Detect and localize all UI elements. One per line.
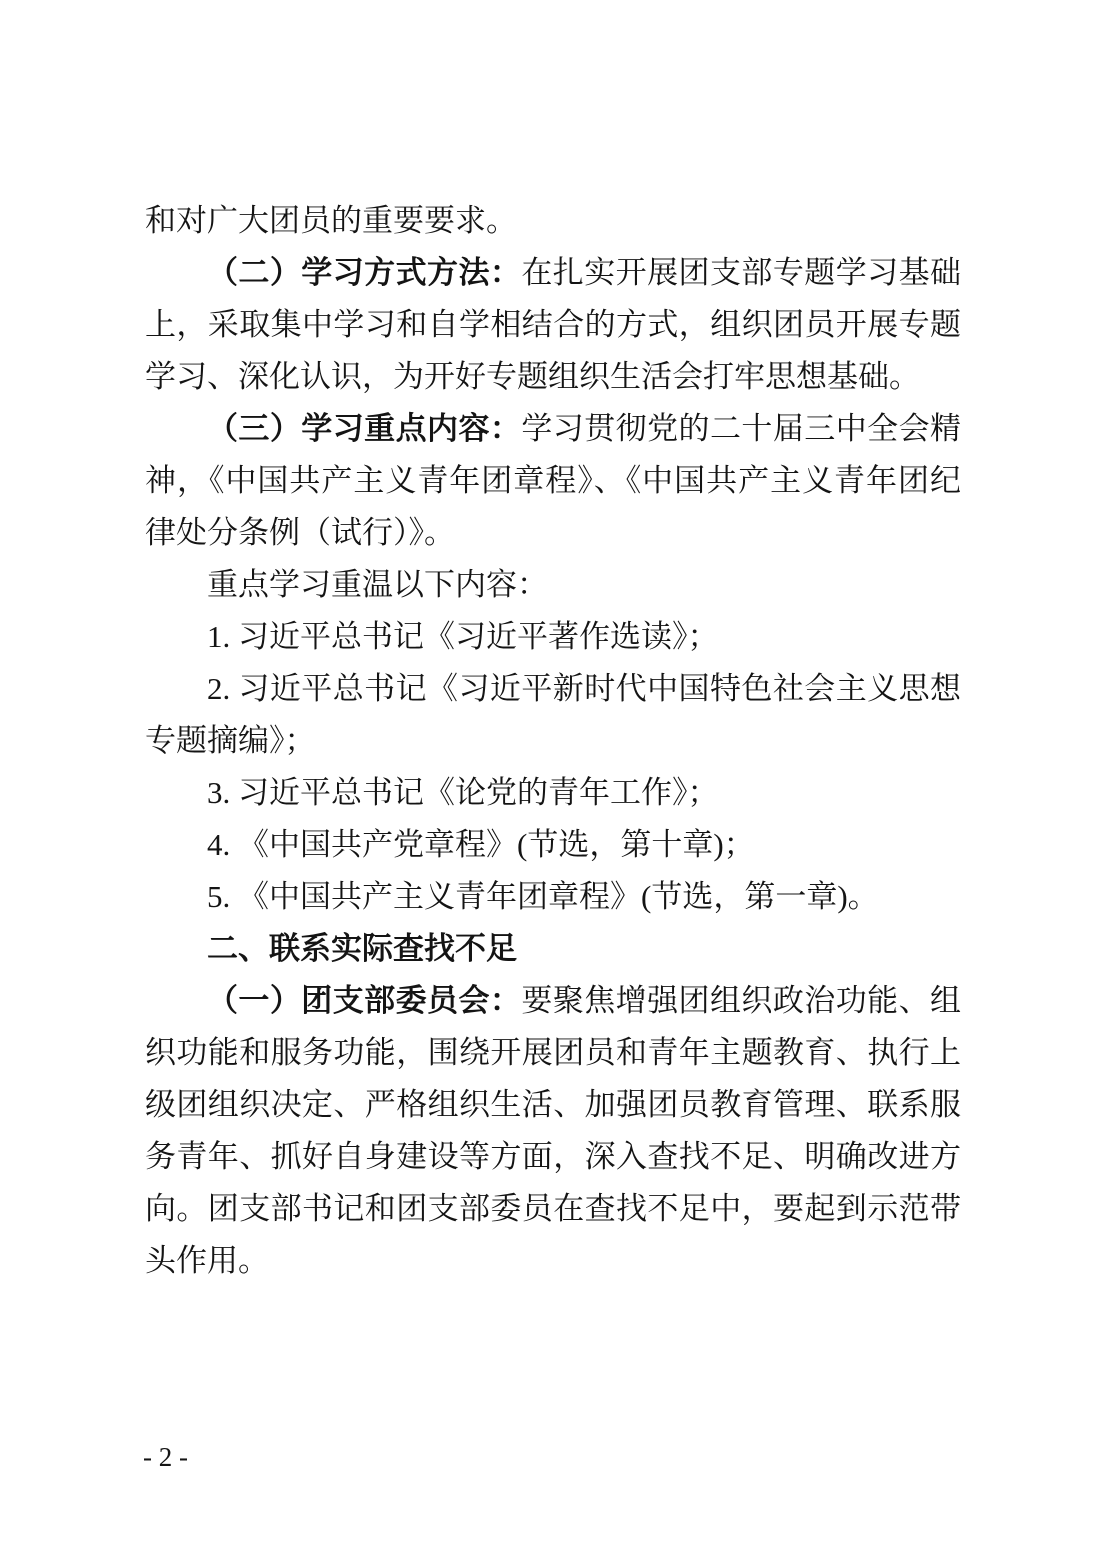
paragraph-text: 重点学习重温以下内容： (207, 567, 548, 602)
paragraph-lead-label: （一）团支部委员会： (207, 983, 521, 1018)
list-item-text: 2. 习近平总书记《习近平新时代中国特色社会主义思想专题摘编》； (145, 671, 961, 758)
list-item: 1. 习近平总书记《习近平著作选读》； (145, 611, 961, 663)
paragraph-continuation: 和对广大团员的重要要求。 (145, 195, 961, 247)
document-page: 和对广大团员的重要要求。 （二）学习方式方法：在扎实开展团支部专题学习基础上，采… (0, 0, 1102, 1559)
paragraph-lead-label: （三）学习重点内容： (207, 411, 521, 446)
paragraph-study-content: （三）学习重点内容：学习贯彻党的二十届三中全会精神，《中国共产主义青年团章程》、… (145, 403, 961, 559)
list-item-text: 5. 《中国共产主义青年团章程》(节选，第一章)。 (207, 879, 879, 914)
paragraph-committee: （一）团支部委员会：要聚焦增强团组织政治功能、组织功能和服务功能，围绕开展团员和… (145, 975, 961, 1287)
list-item: 2. 习近平总书记《习近平新时代中国特色社会主义思想专题摘编》； (145, 663, 961, 767)
paragraph-study-method: （二）学习方式方法：在扎实开展团支部专题学习基础上，采取集中学习和自学相结合的方… (145, 247, 961, 403)
paragraph-lead-label: （二）学习方式方法： (207, 255, 521, 290)
list-item-text: 4. 《中国共产党章程》(节选，第十章)； (207, 827, 755, 862)
document-body: 和对广大团员的重要要求。 （二）学习方式方法：在扎实开展团支部专题学习基础上，采… (145, 195, 961, 1287)
paragraph-text: 和对广大团员的重要要求。 (145, 203, 517, 238)
list-item: 3. 习近平总书记《论党的青年工作》； (145, 767, 961, 819)
paragraph-review-intro: 重点学习重温以下内容： (145, 559, 961, 611)
list-item: 5. 《中国共产主义青年团章程》(节选，第一章)。 (145, 871, 961, 923)
page-number: - 2 - (143, 1440, 188, 1474)
list-item: 4. 《中国共产党章程》(节选，第十章)； (145, 819, 961, 871)
list-item-text: 1. 习近平总书记《习近平著作选读》； (207, 619, 719, 654)
paragraph-text: 要聚焦增强团组织政治功能、组织功能和服务功能，围绕开展团员和青年主题教育、执行上… (145, 983, 961, 1278)
list-item-text: 3. 习近平总书记《论党的青年工作》； (207, 775, 719, 810)
section-heading-2: 二、联系实际查找不足 (145, 923, 961, 975)
